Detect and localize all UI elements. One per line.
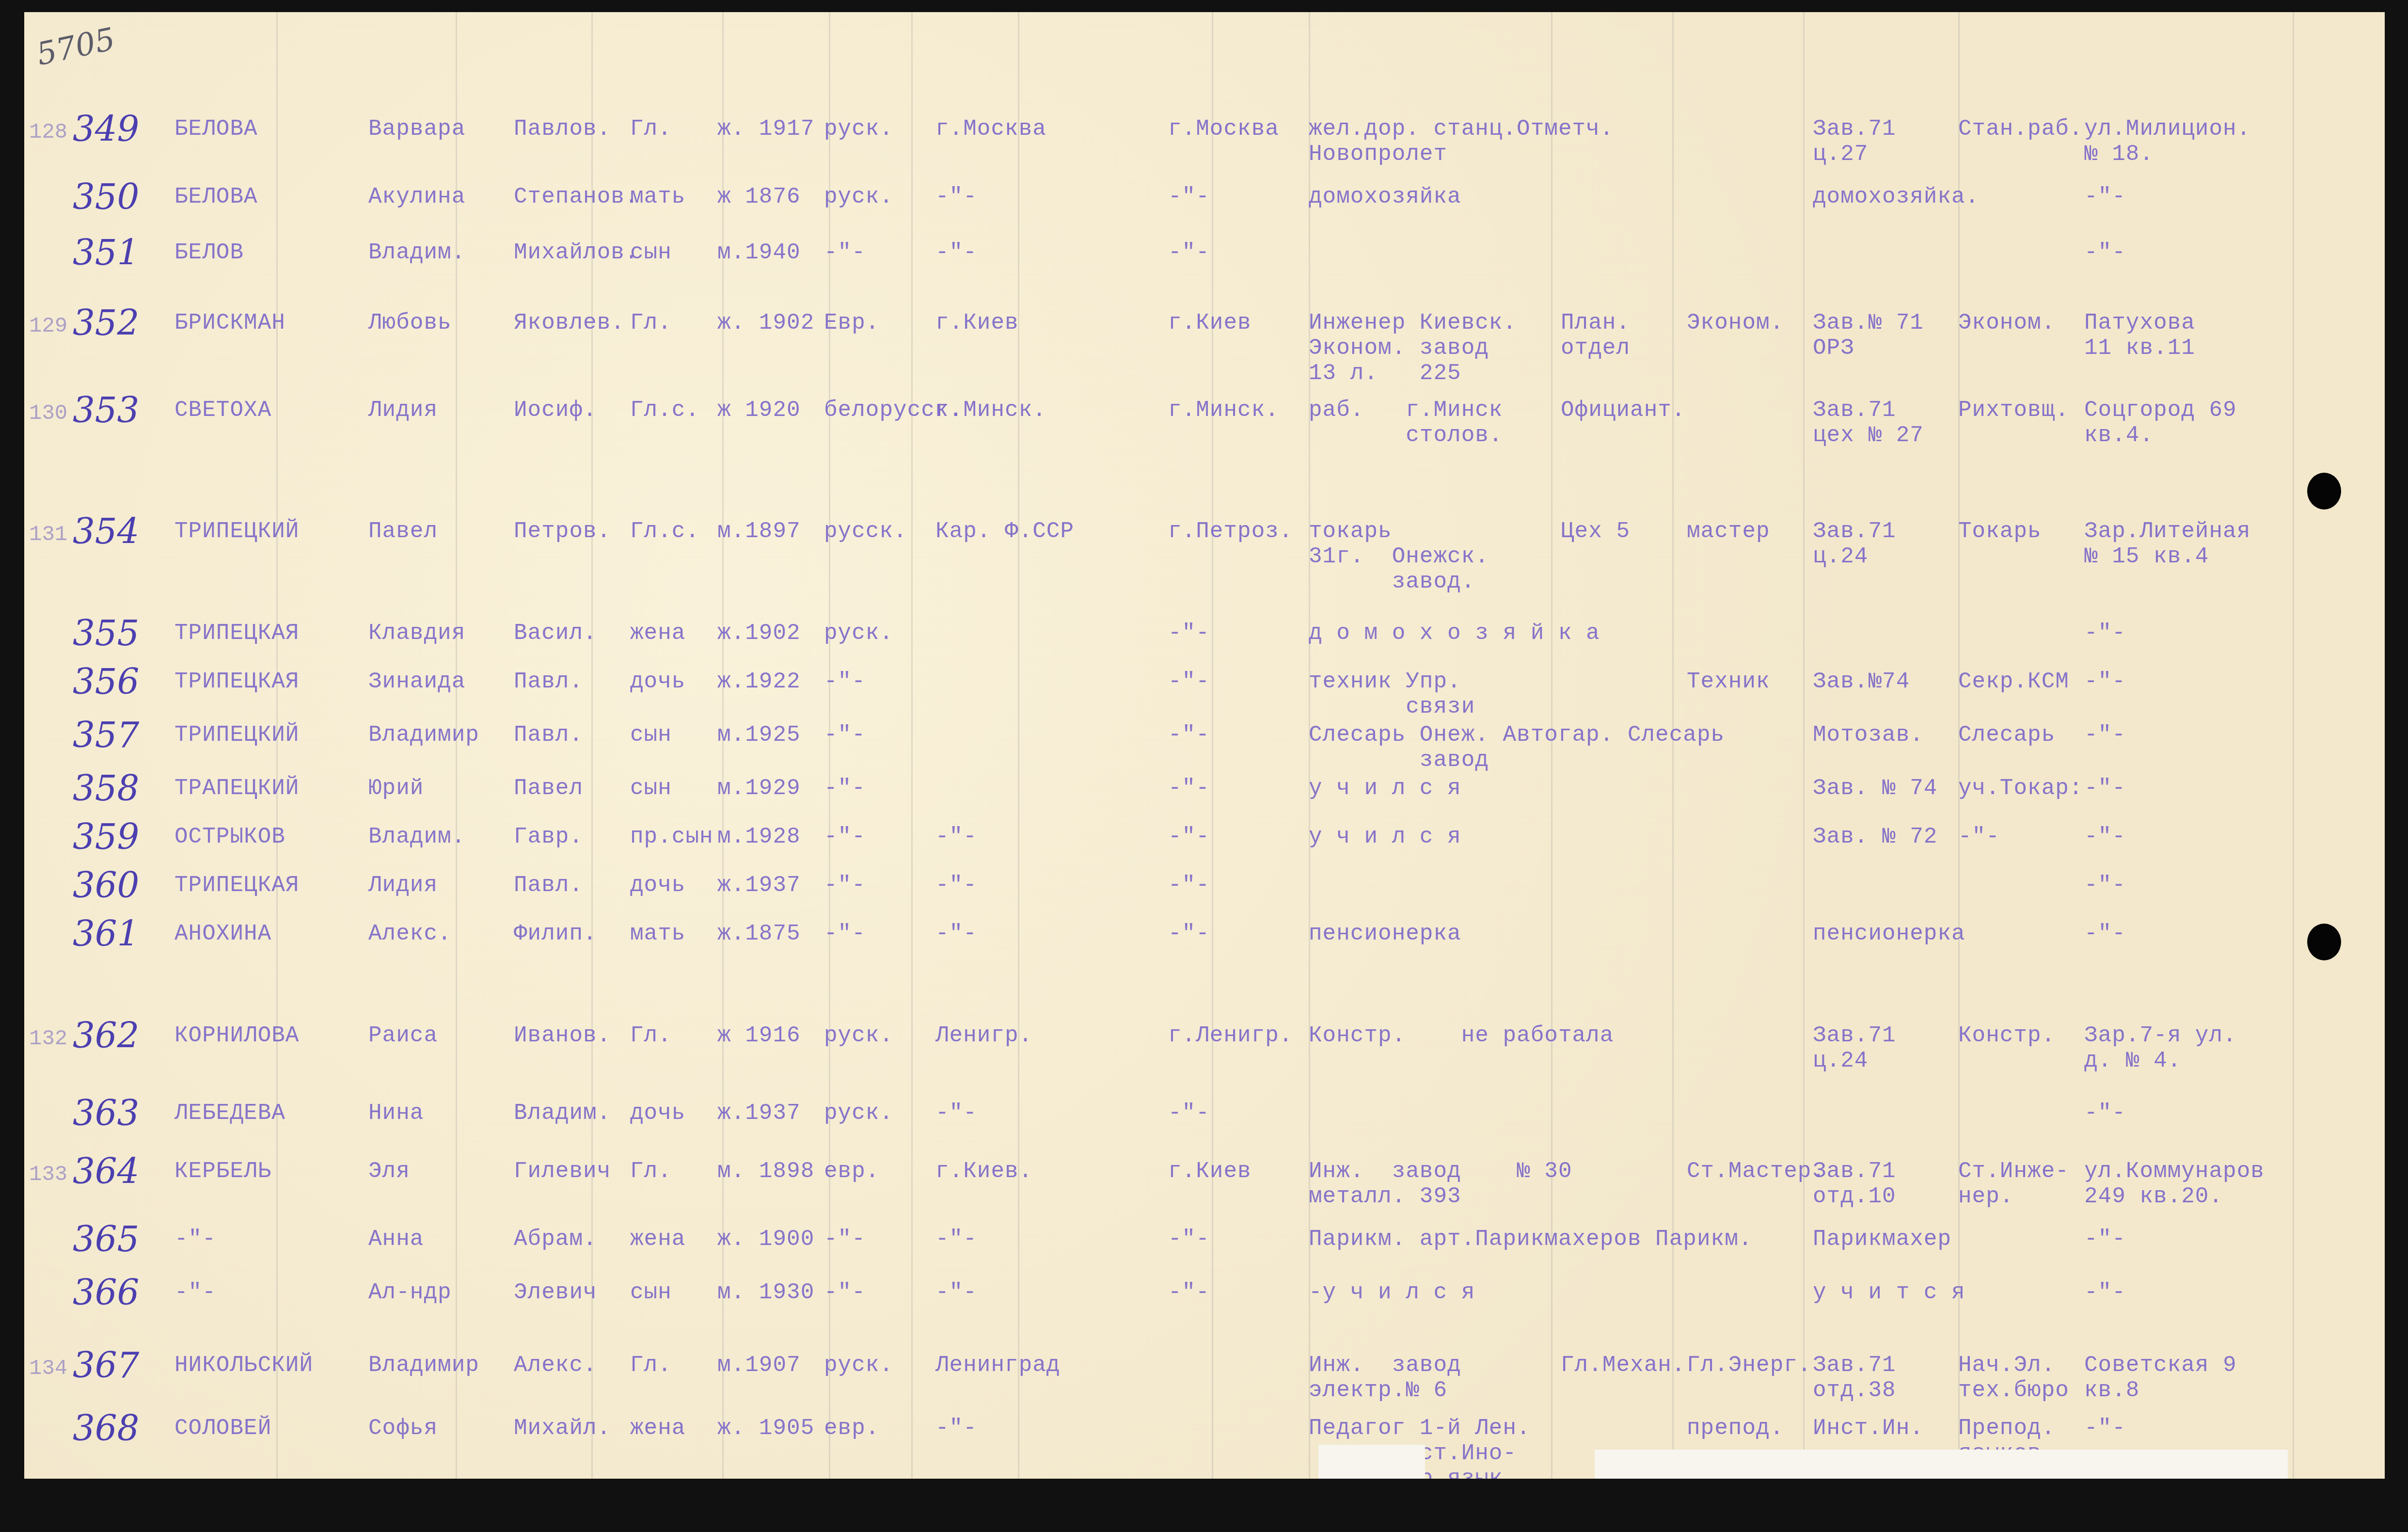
cell-birth: Ленигр.	[935, 1023, 1032, 1048]
cell-spec: препод.	[1687, 1416, 1784, 1441]
cell-rel: сын	[630, 722, 672, 748]
cell-rel: Гл.	[630, 1353, 672, 1378]
cell-addr: -"-	[2084, 621, 2126, 646]
entry-number-handwritten: 363	[73, 1096, 139, 1131]
cell-nat: Евр.	[824, 310, 879, 335]
cell-work: Зав.71	[1813, 519, 1896, 544]
cell-dept: План.	[1561, 310, 1630, 335]
cell-sex-year: ж.1902	[717, 621, 801, 646]
cell-occ1: Инж. завод	[1309, 1353, 1461, 1378]
cell-workb: отд.10	[1813, 1184, 1896, 1209]
cell-sex-year: м. 1930	[717, 1280, 814, 1305]
cell-addr: Патухова	[2084, 310, 2195, 335]
cell-occ1: токарь	[1309, 519, 1392, 544]
cell-surname: ТРИПЕЦКИЙ	[174, 519, 299, 544]
cell-sex-year: м.1928	[717, 824, 801, 849]
cell-from: -"-	[1168, 921, 1210, 946]
cell-occ1: Педагог 1-й Лен.	[1309, 1416, 1531, 1441]
cell-addr: -"-	[2084, 921, 2126, 946]
cell-workb: ц.24	[1813, 1048, 1868, 1073]
cell-nat: руск.	[824, 184, 893, 209]
cell-pos: уч.Токар:	[1958, 776, 2083, 801]
entry-number-handwritten: 349	[73, 112, 139, 146]
cell-work: Мотозав.	[1813, 722, 1924, 748]
cell-birth: г.Минск.	[935, 398, 1046, 423]
column-rule	[591, 12, 593, 1496]
cell-addrb: 249 кв.20.	[2084, 1184, 2223, 1209]
cell-occ1b: 31г. Онежск.	[1309, 544, 1489, 569]
cell-name: Акулина	[368, 184, 465, 209]
cell-work: пенсионерка	[1813, 921, 1965, 946]
cell-nat: -"-	[824, 873, 866, 898]
cell-surname: СОЛОВЕЙ	[174, 1416, 271, 1441]
cell-birth: -"-	[935, 1280, 977, 1305]
cell-patr: Гавр.	[514, 824, 583, 849]
cell-nat: -"-	[824, 776, 866, 801]
cell-pos: Констр.	[1958, 1023, 2055, 1048]
cell-spec: Эконом.	[1687, 310, 1784, 335]
cell-workb: отд.38	[1813, 1378, 1896, 1403]
cell-occ1: д о м о х о з я й к а	[1309, 621, 1600, 646]
entry-number-handwritten: 350	[73, 179, 139, 214]
cell-from: г.Петроз.	[1168, 519, 1293, 544]
cell-addr: -"-	[2084, 184, 2126, 209]
cell-sex-year: ж. 1900	[717, 1227, 814, 1252]
cell-name: Владимир	[368, 1353, 479, 1378]
cell-surname: ТРИПЕЦКИЙ	[174, 722, 299, 748]
entry-number-handwritten: 355	[73, 616, 139, 651]
cell-addrb: кв.8	[2084, 1378, 2139, 1403]
cell-work: домохозяйка.	[1813, 184, 1979, 209]
cell-workb: цех № 27	[1813, 423, 1924, 448]
cell-occ1: домохозяйка	[1309, 184, 1461, 209]
column-rule	[1958, 12, 1960, 1496]
cell-addr: -"-	[2084, 1227, 2126, 1252]
cell-name: Софья	[368, 1416, 438, 1441]
cell-rel: мать	[630, 921, 685, 946]
cell-addr: -"-	[2084, 873, 2126, 898]
cell-addr: -"-	[2084, 1416, 2126, 1441]
cell-pos: Токарь	[1958, 519, 2042, 544]
cell-addr: ул.Коммунаров	[2084, 1159, 2265, 1184]
cell-name: Владим.	[368, 824, 465, 849]
column-rule	[276, 12, 278, 1496]
cell-sex-year: м.1907	[717, 1353, 801, 1378]
cell-occ1: у ч и л с я	[1309, 776, 1461, 801]
cell-birth: -"-	[935, 1227, 977, 1252]
cell-patr: Филип.	[514, 921, 597, 946]
cell-rel: Гл.с.	[630, 398, 699, 423]
cell-birth: -"-	[935, 921, 977, 946]
entry-number-handwritten: 365	[73, 1222, 139, 1257]
family-number: 131	[29, 523, 67, 547]
cell-addr: -"-	[2084, 669, 2126, 694]
cell-addr: -"-	[2084, 1101, 2126, 1126]
cell-birth: Кар. Ф.ССР	[935, 519, 1074, 544]
cell-addr: -"-	[2084, 722, 2126, 748]
column-rule	[1803, 12, 1805, 1496]
entry-number-handwritten: 361	[73, 916, 139, 951]
cell-patr: Гилевич	[514, 1159, 611, 1184]
cell-pos: Эконом.	[1958, 310, 2055, 335]
cell-occ1b: связи	[1309, 694, 1475, 719]
cell-surname: ТРИПЕЦКАЯ	[174, 873, 299, 898]
cell-pos: -"-	[1958, 824, 2000, 849]
cell-surname: КОРНИЛОВА	[174, 1023, 299, 1048]
cell-rel: жена	[630, 621, 685, 646]
cell-birth: -"-	[935, 240, 977, 265]
column-rule	[1212, 12, 1213, 1496]
cell-dept: Цех 5	[1561, 519, 1630, 544]
cell-rel: Гл.	[630, 116, 672, 142]
cell-birth: -"-	[935, 184, 977, 209]
archival-register-sheet	[24, 12, 2385, 1496]
cell-name: Лидия	[368, 398, 438, 423]
entry-number-handwritten: 360	[73, 868, 139, 903]
family-number: 128	[29, 120, 67, 144]
cell-sex-year: м. 1898	[717, 1159, 814, 1184]
cell-sex-year: м.1929	[717, 776, 801, 801]
cell-nat: руск.	[824, 621, 893, 646]
cell-occ1b: завод	[1309, 748, 1489, 773]
cell-pos: Нач.Эл.	[1958, 1353, 2055, 1378]
cell-rel: Гл.	[630, 1023, 672, 1048]
cell-workb: ц.27	[1813, 142, 1868, 167]
cell-name: Раиса	[368, 1023, 438, 1048]
cell-birth: -"-	[935, 1416, 977, 1441]
cell-addrb: № 15 кв.4	[2084, 544, 2209, 569]
family-number: 134	[29, 1356, 67, 1381]
cell-addr: Зар.7-я ул.	[2084, 1023, 2237, 1048]
cell-posb: нер.	[1958, 1184, 2013, 1209]
cell-spec: мастер	[1687, 519, 1770, 544]
entry-number-handwritten: 368	[73, 1411, 139, 1446]
cell-patr: Петров.	[514, 519, 611, 544]
cell-name: Любовь	[368, 310, 452, 335]
cell-occ1c: 13 л. 225	[1309, 361, 1461, 386]
cell-rel: Гл.	[630, 1159, 672, 1184]
cell-patr: Иванов.	[514, 1023, 611, 1048]
cell-occ1: раб. г.Минск	[1309, 398, 1503, 423]
cell-occ1: техник Упр.	[1309, 669, 1461, 694]
cell-pos: Ст.Инже-	[1958, 1159, 2069, 1184]
cell-occ1b: столов.	[1309, 423, 1503, 448]
cell-surname: НИКОЛЬСКИЙ	[174, 1353, 313, 1378]
cell-from: -"-	[1168, 722, 1210, 748]
cell-sex-year: ж. 1917	[717, 116, 814, 142]
family-number: 132	[29, 1027, 67, 1051]
cell-addrb: д. № 4.	[2084, 1048, 2181, 1073]
cell-name: Эля	[368, 1159, 410, 1184]
cell-sex-year: ж.1937	[717, 873, 801, 898]
cell-occ1: -у ч и л с я	[1309, 1280, 1475, 1305]
cell-surname: ТРИПЕЦКАЯ	[174, 669, 299, 694]
cell-surname: -"-	[174, 1280, 216, 1305]
cell-rel: Гл.	[630, 310, 672, 335]
cell-occ1: у ч и л с я	[1309, 824, 1461, 849]
cell-rel: сын	[630, 776, 672, 801]
cell-from: -"-	[1168, 240, 1210, 265]
column-rule	[456, 12, 457, 1496]
cell-from: -"-	[1168, 1227, 1210, 1252]
cell-surname: АНОХИНА	[174, 921, 271, 946]
entry-number-handwritten: 366	[73, 1275, 139, 1310]
cell-rel: жена	[630, 1416, 685, 1441]
cell-nat: руск.	[824, 1101, 893, 1126]
column-rule	[829, 12, 830, 1496]
cell-surname: БЕЛОВА	[174, 116, 258, 142]
cell-patr: Павл.	[514, 722, 583, 748]
cell-from: г.Ленигр.	[1168, 1023, 1293, 1048]
cell-occ1: Инж. завод № 30	[1309, 1159, 1572, 1184]
cell-sex-year: ж 1916	[717, 1023, 801, 1048]
cell-patr: Абрам.	[514, 1227, 597, 1252]
cell-from: -"-	[1168, 776, 1210, 801]
cell-work: Зав.71	[1813, 1159, 1896, 1184]
cell-occ1: жел.дор. станц.Отметч.	[1309, 116, 1614, 142]
cell-patr: Павл.	[514, 669, 583, 694]
cell-occ1: Инженер Киевск.	[1309, 310, 1517, 335]
column-rule	[911, 12, 913, 1496]
cell-nat: руск.	[824, 1023, 893, 1048]
cell-name: Нина	[368, 1101, 424, 1126]
cell-patr: Яковлев.	[514, 310, 625, 335]
cell-from: г.Киев	[1168, 1159, 1252, 1184]
cell-addrb: кв.4.	[2084, 423, 2154, 448]
cell-sex-year: м.1897	[717, 519, 801, 544]
cell-nat: -"-	[824, 921, 866, 946]
cell-occ1b: электр.№ 6	[1309, 1378, 1447, 1403]
cell-nat: русск.	[824, 519, 907, 544]
entry-number-handwritten: 359	[73, 819, 139, 854]
cell-patr: Элевич	[514, 1280, 597, 1305]
cell-birth: Ленинград	[935, 1353, 1060, 1378]
cell-work: Зав.71	[1813, 398, 1896, 423]
cell-sex-year: ж.1875	[717, 921, 801, 946]
cell-surname: ОСТРЫКОВ	[174, 824, 285, 849]
cell-from: -"-	[1168, 824, 1210, 849]
cell-nat: руск.	[824, 116, 893, 142]
cell-deptb: отдел	[1561, 335, 1630, 361]
cell-surname: ТРАПЕЦКИЙ	[174, 776, 299, 801]
family-number: 133	[29, 1163, 67, 1187]
cell-from: г.Москва	[1168, 116, 1279, 142]
cell-nat: -"-	[824, 722, 866, 748]
cell-patr: Павл.	[514, 873, 583, 898]
cell-sex-year: ж 1876	[717, 184, 801, 209]
cell-patr: Михайл.	[514, 1416, 611, 1441]
cell-work: Зав. № 72	[1813, 824, 1937, 849]
cell-rel: сын	[630, 240, 672, 265]
cell-birth: г.Киев.	[935, 1159, 1032, 1184]
cell-sex-year: ж. 1902	[717, 310, 814, 335]
cell-addr: Соцгород 69	[2084, 398, 2237, 423]
cell-rel: дочь	[630, 873, 685, 898]
torn-bottom-edge	[0, 1479, 2408, 1532]
cell-patr: Степанов.	[514, 184, 638, 209]
cell-name: Владимир	[368, 722, 479, 748]
cell-from: г.Киев	[1168, 310, 1252, 335]
cell-rel: жена	[630, 1227, 685, 1252]
cell-addr: Советская 9	[2084, 1353, 2237, 1378]
cell-rel: дочь	[630, 1101, 685, 1126]
cell-sex-year: ж 1920	[717, 398, 801, 423]
cell-occ1: Парикм. арт.Парикмахеров Парикм.	[1309, 1227, 1752, 1252]
entry-number-handwritten: 353	[73, 393, 139, 428]
cell-nat: -"-	[824, 1280, 866, 1305]
cell-name: Павел	[368, 519, 438, 544]
cell-addrb: № 18.	[2084, 142, 2154, 167]
cell-addrb: 11 кв.11	[2084, 335, 2195, 361]
column-rule	[1672, 12, 1674, 1496]
cell-birth: -"-	[935, 1101, 977, 1126]
paper-patch	[1318, 1445, 1425, 1484]
cell-occ1c: завод.	[1309, 569, 1475, 594]
cell-patr: Алекс.	[514, 1353, 597, 1378]
cell-surname: БЕЛОВА	[174, 184, 258, 209]
cell-addr: -"-	[2084, 1280, 2126, 1305]
cell-patr: Васил.	[514, 621, 597, 646]
cell-surname: ТРИПЕЦКАЯ	[174, 621, 299, 646]
cell-patr: Павел	[514, 776, 583, 801]
cell-surname: -"-	[174, 1227, 216, 1252]
cell-patr: Иосиф.	[514, 398, 597, 423]
cell-surname: КЕРБЕЛЬ	[174, 1159, 271, 1184]
cell-occ1b: Эконом. завод	[1309, 335, 1489, 361]
cell-addr: -"-	[2084, 776, 2126, 801]
cell-spec: Ст.Мастер.	[1687, 1159, 1825, 1184]
cell-work: у ч и т с я	[1813, 1280, 1965, 1305]
entry-number-handwritten: 351	[73, 235, 139, 270]
cell-work: Инст.Ин.	[1813, 1416, 1924, 1441]
cell-occ1b: Новопролет	[1309, 142, 1447, 167]
cell-sex-year: ж.1922	[717, 669, 801, 694]
punch-hole	[2307, 924, 2341, 960]
cell-rel: сын	[630, 1280, 672, 1305]
cell-nat: -"-	[824, 669, 866, 694]
cell-work: Зав.71	[1813, 116, 1896, 142]
cell-patr: Михайлов.	[514, 240, 638, 265]
cell-birth: г.Москва	[935, 116, 1046, 142]
column-rule	[722, 12, 724, 1496]
entry-number-handwritten: 358	[73, 771, 139, 806]
cell-addr: -"-	[2084, 824, 2126, 849]
cell-rel: мать	[630, 184, 685, 209]
cell-pos: Слесарь	[1958, 722, 2055, 748]
cell-posb: тех.бюро	[1958, 1378, 2069, 1403]
cell-rel: дочь	[630, 669, 685, 694]
cell-sex-year: м.1940	[717, 240, 801, 265]
cell-birth: -"-	[935, 873, 977, 898]
cell-from: г.Минск.	[1168, 398, 1279, 423]
cell-pos: Секр.КСМ	[1958, 669, 2069, 694]
cell-workb: ОРЗ	[1813, 335, 1854, 361]
entry-number-handwritten: 357	[73, 718, 139, 752]
cell-pos: Рихтовщ.	[1958, 398, 2069, 423]
cell-dept: Официант.	[1561, 398, 1685, 423]
column-rule	[1551, 12, 1553, 1496]
cell-name: Юрий	[368, 776, 424, 801]
family-number: 130	[29, 401, 67, 426]
cell-dept: Гл.Механ.	[1561, 1353, 1685, 1378]
cell-surname: БЕЛОВ	[174, 240, 244, 265]
entry-number-handwritten: 352	[73, 305, 139, 340]
cell-pos: Препод.	[1958, 1416, 2055, 1441]
cell-name: Зинаида	[368, 669, 465, 694]
cell-surname: БРИСКМАН	[174, 310, 285, 335]
cell-name: Лидия	[368, 873, 438, 898]
cell-occ1: пенсионерка	[1309, 921, 1461, 946]
cell-addr: Зар.Литейная	[2084, 519, 2250, 544]
cell-work: Парикмахер	[1813, 1227, 1951, 1252]
cell-name: Ал-ндр	[368, 1280, 452, 1305]
entry-number-handwritten: 354	[73, 514, 139, 549]
cell-work: Зав.№74	[1813, 669, 1910, 694]
cell-from: -"-	[1168, 1101, 1210, 1126]
cell-nat: -"-	[824, 240, 866, 265]
cell-addr: ул.Милицион.	[2084, 116, 2250, 142]
cell-spec: Гл.Энерг.	[1687, 1353, 1811, 1378]
entry-number-handwritten: 356	[73, 664, 139, 699]
cell-nat: евр.	[824, 1416, 879, 1441]
cell-sex-year: ж. 1905	[717, 1416, 814, 1441]
cell-from: -"-	[1168, 184, 1210, 209]
cell-work: Зав.71	[1813, 1353, 1896, 1378]
cell-occ1: Слесарь Онеж. Автогар. Слесарь	[1309, 722, 1725, 748]
cell-surname: СВЕТОХА	[174, 398, 271, 423]
cell-nat: руск.	[824, 1353, 893, 1378]
cell-work: Зав.71	[1813, 1023, 1896, 1048]
cell-rel: Гл.с.	[630, 519, 699, 544]
cell-pos: Стан.раб.	[1958, 116, 2083, 142]
cell-from: -"-	[1168, 1280, 1210, 1305]
cell-from: -"-	[1168, 621, 1210, 646]
cell-nat: -"-	[824, 1227, 866, 1252]
entry-number-handwritten: 362	[73, 1018, 139, 1053]
entry-number-handwritten: 364	[73, 1154, 139, 1189]
cell-name: Клавдия	[368, 621, 465, 646]
cell-birth: -"-	[935, 824, 977, 849]
cell-sex-year: м.1925	[717, 722, 801, 748]
cell-work: Зав.№ 71	[1813, 310, 1924, 335]
cell-nat: -"-	[824, 824, 866, 849]
cell-sex-year: ж.1937	[717, 1101, 801, 1126]
cell-from: -"-	[1168, 669, 1210, 694]
column-rule	[1018, 12, 1019, 1496]
cell-occ1b: металл. 393	[1309, 1184, 1461, 1209]
cell-name: Варвара	[368, 116, 465, 142]
column-rule	[2293, 12, 2294, 1496]
entry-number-handwritten: 367	[73, 1348, 139, 1383]
cell-work: Зав. № 74	[1813, 776, 1937, 801]
cell-rel: пр.сын	[630, 824, 713, 849]
cell-patr: Владим.	[514, 1101, 611, 1126]
cell-name: Анна	[368, 1227, 424, 1252]
cell-from: -"-	[1168, 873, 1210, 898]
cell-birth: г.Киев	[935, 310, 1019, 335]
cell-name: Владим.	[368, 240, 465, 265]
cell-workb: ц.24	[1813, 544, 1868, 569]
cell-addr: -"-	[2084, 240, 2126, 265]
cell-occ1: Констр. не работала	[1309, 1023, 1614, 1048]
family-number: 129	[29, 314, 67, 338]
cell-name: Алекс.	[368, 921, 452, 946]
cell-spec: Техник	[1687, 669, 1770, 694]
cell-surname: ЛЕБЕДЕВА	[174, 1101, 285, 1126]
cell-nat: евр.	[824, 1159, 879, 1184]
cell-patr: Павлов.	[514, 116, 611, 142]
punch-hole	[2307, 473, 2341, 510]
